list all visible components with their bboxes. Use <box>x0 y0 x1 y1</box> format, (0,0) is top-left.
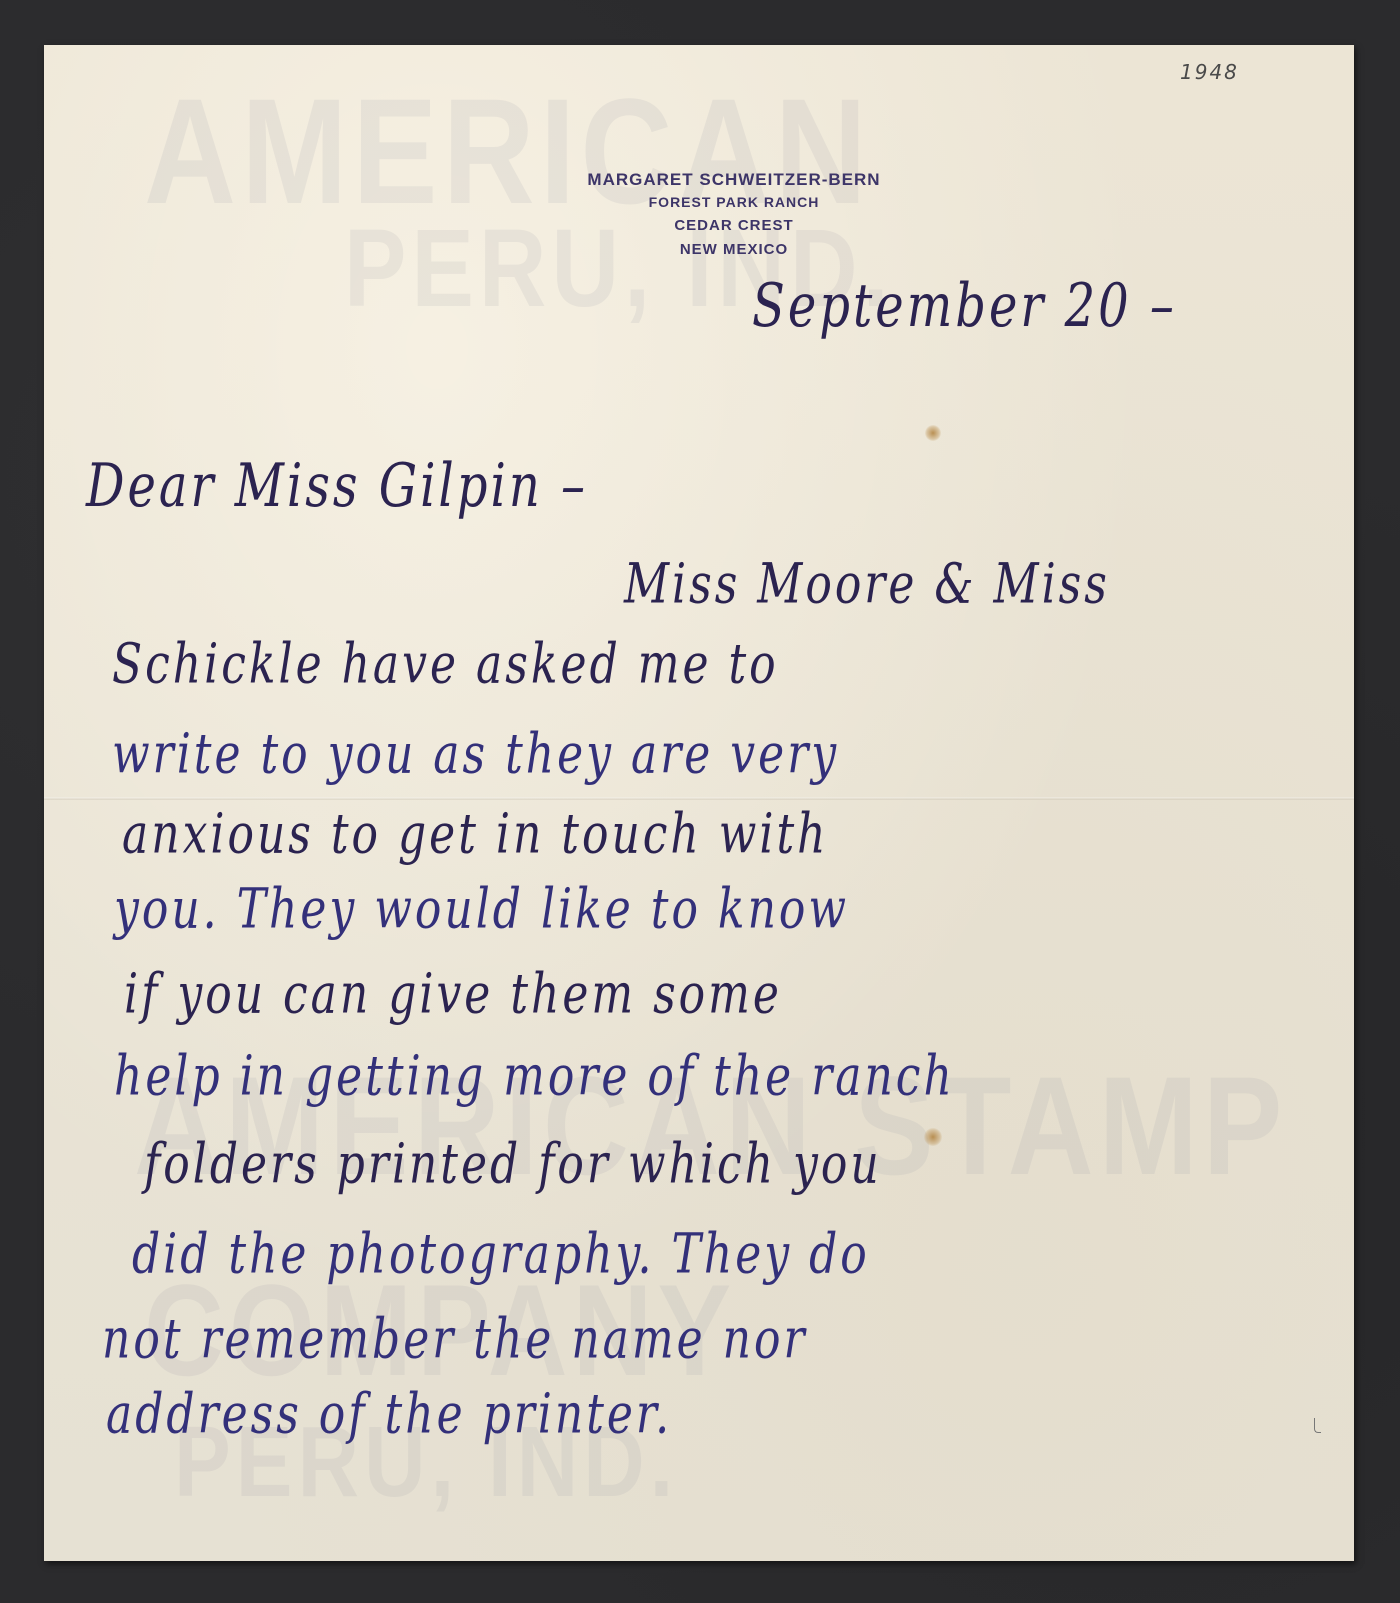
pencil-edge-mark <box>1314 1418 1321 1433</box>
letterhead-state: NEW MEXICO <box>114 242 1354 257</box>
fold-crease <box>44 797 1354 800</box>
letter-body-line: Miss Moore & Miss <box>624 552 1110 616</box>
letterhead: MARGARET SCHWEITZER-BERN FOREST PARK RAN… <box>44 171 1354 266</box>
letter-body-line: help in getting more of the ranch <box>114 1044 955 1108</box>
letter-salutation: Dear Miss Gilpin – <box>86 451 588 521</box>
letter-body-line: not remember the name nor <box>102 1307 808 1371</box>
archival-year-note: 1948 <box>1180 60 1239 84</box>
paper-stain <box>925 425 941 441</box>
paper-stain <box>924 1128 942 1146</box>
letter-body-line: did the photography. They do <box>132 1222 870 1286</box>
letter-date: September 20 – <box>752 271 1177 341</box>
letter-body-line: if you can give them some <box>124 962 782 1026</box>
letter-body-line: anxious to get in touch with <box>122 802 829 866</box>
letter-sheet: AMERICAN PERU, IND. AMERICAN STAMP COMPA… <box>44 45 1354 1561</box>
letterhead-ranch: FOREST PARK RANCH <box>114 195 1354 209</box>
letterhead-town: CEDAR CREST <box>114 218 1354 233</box>
letter-body-line: you. They would like to know <box>114 877 849 941</box>
letter-body-line: write to you as they are very <box>112 722 839 786</box>
letter-body-line: Schickle have asked me to <box>112 632 779 696</box>
letter-body-line: folders printed for which you <box>144 1132 882 1196</box>
letterhead-name: MARGARET SCHWEITZER-BERN <box>114 171 1354 188</box>
letter-body-line: address of the printer. <box>106 1382 672 1446</box>
